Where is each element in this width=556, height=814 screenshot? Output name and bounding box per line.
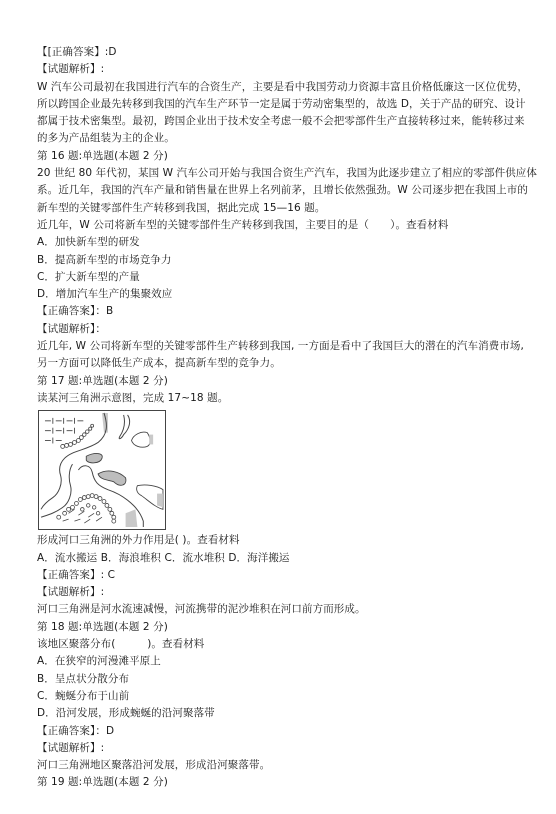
river-delta-map [38, 410, 166, 530]
q18-option-d: D．沿河发展，形成蜿蜒的沿河聚落带 [37, 705, 527, 722]
q15-analysis-line: 所以跨国企业最先转移到我国的汽车生产环节一定是属于劳动密集型的，故选 D，关于产… [37, 96, 527, 113]
q17-options: A．流水搬运 B．海浪堆积 C．流水堆积 D．海洋搬运 [37, 550, 527, 567]
q17-answer: 【正确答案】: C [37, 567, 527, 584]
q17-material: 读某河三角洲示意图，完成 17~18 题。 [37, 390, 527, 407]
q16-analysis-line: 近几年, W 公司将新车型的关键零部件生产转移到我国, 一方面是看中了我国巨大的… [37, 338, 527, 355]
q16-answer: 【正确答案】：B [37, 303, 527, 320]
q15-analysis-line: W 汽车公司最初在我国进行汽车的合资生产，主要是看中我国劳动力资源丰富且价格低廉… [37, 79, 527, 96]
q17-analysis-label: 【试题解析】: [37, 584, 527, 601]
q15-answer: 【[正确答案】:D [37, 44, 527, 61]
q16-material-line: 20 世纪 80 年代初，某国 W 汽车公司开始与我国合资生产汽车，我国为此逐步… [37, 165, 527, 182]
q18-answer: 【正确答案】：D [37, 723, 527, 740]
q16-analysis-line: 另一方面可以降低生产成本，提高新车型的竞争力。 [37, 355, 527, 372]
q16-header: 第 16 题:单选题(本题 2 分) [37, 148, 527, 165]
figure-container [37, 407, 527, 532]
q15-analysis-line: 的多为产品组装为主的企业。 [37, 130, 527, 147]
q16-question: 近几年，W 公司将新车型的关键零部件生产转移到我国，主要目的是（ ）。查看材料 [37, 217, 527, 234]
q17-question: 形成河口三角洲的外力作用是( )。查看材料 [37, 532, 527, 549]
q15-analysis-label: 【试题解析】: [37, 61, 527, 78]
q16-option-c: C．扩大新车型的产量 [37, 269, 527, 286]
document-page: 【[正确答案】:D 【试题解析】: W 汽车公司最初在我国进行汽车的合资生产，主… [37, 44, 527, 792]
q18-option-b: B．呈点状分散分布 [37, 671, 527, 688]
q16-option-d: D．增加汽车生产的集聚效应 [37, 286, 527, 303]
q16-material-line: 新车型的关键零部件生产转移到我国，据此完成 15—16 题。 [37, 200, 527, 217]
q18-analysis-line: 河口三角洲地区聚落沿河发展，形成沿河聚落带。 [37, 757, 527, 774]
q17-header: 第 17 题:单选题(本题 2 分) [37, 373, 527, 390]
q16-option-a: A．加快新车型的研发 [37, 234, 527, 251]
q18-option-a: A．在狭窄的河漫滩平原上 [37, 653, 527, 670]
q18-question: 该地区聚落分布( )。查看材料 [37, 636, 527, 653]
q16-material-line: 系。近几年，我国的汽车产量和销售量在世界上名列前茅，且增长依然强劲。W 公司逐步… [37, 182, 527, 199]
q17-analysis-line: 河口三角洲是河水流速减慢，河流携带的泥沙堆积在河口前方而形成。 [37, 601, 527, 618]
q18-option-c: C．蜿蜒分布于山前 [37, 688, 527, 705]
q16-option-b: B．提高新车型的市场竞争力 [37, 252, 527, 269]
q19-header: 第 19 题:单选题(本题 2 分) [37, 774, 527, 791]
q18-analysis-label: 【试题解析】: [37, 740, 527, 757]
q15-analysis-line: 都属于技术密集型。最初，跨国企业出于技术安全考虑一般不会把零部件生产直接转移过来… [37, 113, 527, 130]
q18-header: 第 18 题:单选题(本题 2 分) [37, 619, 527, 636]
river-delta-illustration [39, 411, 165, 529]
q16-analysis-label: 【试题解析】： [37, 321, 527, 338]
